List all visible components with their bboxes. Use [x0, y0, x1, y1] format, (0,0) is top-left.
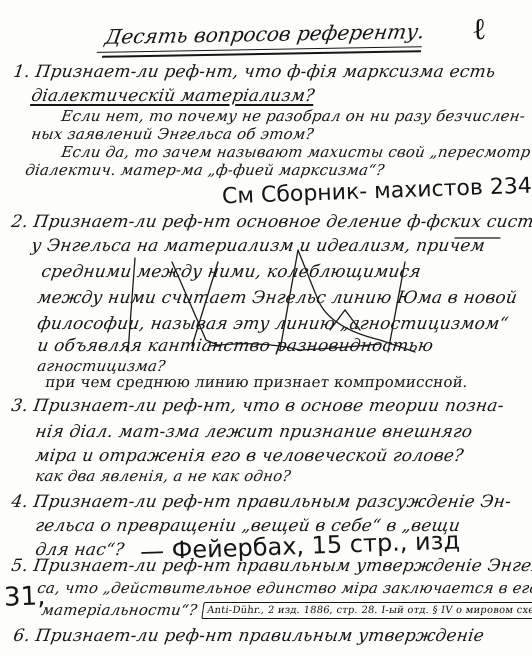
- question-1-line-6: діалектич. матер-ма „ф-фией марксизма“?: [24, 160, 386, 180]
- question-1-line-5: Если да, то зачем называют махисты свой …: [60, 142, 532, 162]
- question-number: 2.: [10, 212, 29, 232]
- boxed-reference: Anti-Dühr., 2 изд. 1886, стр. 28. I-ый о…: [201, 602, 532, 619]
- question-number: 6.: [12, 626, 31, 646]
- document-title: Десять вопросов референту.: [102, 19, 426, 58]
- document-title-text: Десять вопросов референту.: [102, 19, 426, 58]
- question-5-line-1: 5. Признает-ли реф-нт правильным утвержд…: [10, 556, 532, 576]
- question-3-line-4: как два явленія, а не как одно?: [34, 466, 292, 486]
- margin-note-31: 31,: [3, 581, 45, 612]
- question-2-line-1: 2. Признает-ли реф-нт основное деление ф…: [10, 212, 532, 232]
- question-5-line-2: са, что „действительное единство міра за…: [36, 578, 532, 598]
- question-6-line-1: 6. Признает-ли реф-нт правильным утвержд…: [12, 626, 485, 646]
- question-number: 3.: [10, 396, 29, 416]
- question-1-line-1: 1. Признает-ли реф-нт, что ф-фія марксиз…: [12, 62, 497, 82]
- question-5-line-3: матеріальности“? Anti-Dühr., 2 изд. 1886…: [40, 600, 532, 621]
- question-2-line-4: между ними считает Энгельс линию Юма в н…: [36, 288, 518, 308]
- question-2-inserted-line: при чем среднюю линию признает компромис…: [44, 372, 469, 392]
- question-number: 5.: [10, 556, 29, 576]
- question-3-line-3: міра и отраженія его в человеческой голо…: [34, 446, 465, 466]
- question-1-line-4: ных заявлений Энгельса об этом?: [30, 124, 315, 144]
- question-2-line-2: у Энгельса на материализм и идеализм, пр…: [30, 236, 486, 256]
- question-2-line-5: философии, называя эту линию „агностициз…: [36, 314, 510, 334]
- manuscript-page: ℓ Десять вопросов референту. 1. Признает…: [0, 0, 532, 656]
- question-1-line-2: діалектическій матеріализм?: [30, 86, 316, 106]
- question-1-line-3: Если нет, то почему не разобрал он ни ра…: [60, 106, 527, 126]
- question-4-line-1: 4. Признает-ли реф-нт правильным разсужд…: [10, 492, 512, 512]
- question-3-line-2: нія діал. мат-зма лежит признание внешня…: [34, 422, 474, 442]
- question-2-line-6: и объявляя кантіанство разновидностью: [36, 336, 435, 356]
- question-3-line-1: 3. Признает-ли реф-нт, что в основе теор…: [10, 396, 505, 416]
- question-2-line-3: средними между ними, колеблющимися: [40, 262, 422, 282]
- question-number: 4.: [10, 492, 29, 512]
- question-number: 1.: [12, 62, 31, 82]
- page-number-mark: ℓ: [472, 12, 486, 47]
